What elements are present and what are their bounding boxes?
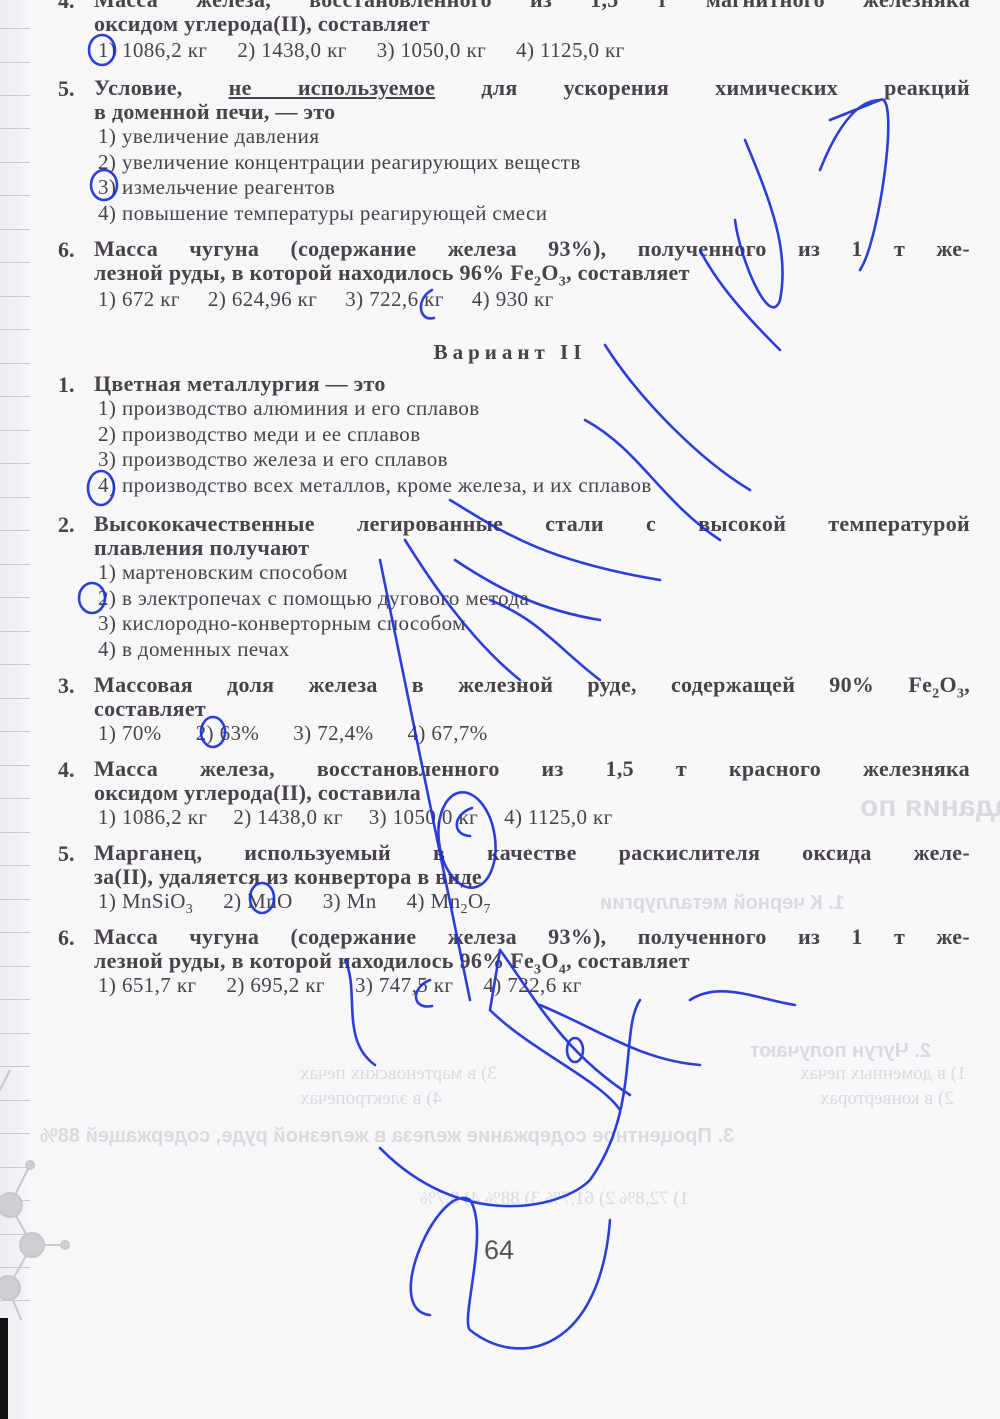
answer-option[interactable]: 2) 1438,0 кг xyxy=(233,805,342,829)
question-4-variant-1: 4. Масса железа, восстановленного из 1,5… xyxy=(58,0,970,64)
question-text: Масса чугуна (содержание железа 93%), по… xyxy=(94,237,970,261)
question-6-variant-1: 6. Масса чугуна (содержание железа 93%),… xyxy=(58,237,970,313)
answer-option[interactable]: 3) 1050,0 кг xyxy=(369,805,478,829)
question-number: 5. xyxy=(58,76,94,102)
question-text: за(II), удаляется из конвертора в виде xyxy=(94,865,970,889)
answer-option[interactable]: 3) 722,6 кг xyxy=(345,287,443,311)
answer-option[interactable]: 3) измельчение реагентов xyxy=(98,175,970,201)
answer-option[interactable]: 4) 722,6 кг xyxy=(483,973,581,997)
question-text: лезной руды, в которой находилось 96% Fe… xyxy=(94,261,970,285)
question-number: 2. xyxy=(58,512,94,538)
answer-option[interactable]: 4) повышение температуры реагирующей сме… xyxy=(98,201,970,227)
question-number: 6. xyxy=(58,925,94,951)
question-number: 5. xyxy=(58,841,94,867)
answer-option[interactable]: 1) 1086,2 кг xyxy=(98,805,207,829)
question-3-variant-2: 3. Массовая доля железа в железной руде,… xyxy=(58,673,970,747)
question-text: оксидом углерода(II), составляет xyxy=(94,12,970,36)
answer-option[interactable]: 2) 63% xyxy=(196,721,260,745)
answer-options: 1) 1086,2 кг2) 1438,0 кг3) 1050,0 кг4) 1… xyxy=(98,38,970,64)
answer-option[interactable]: 1) 1086,2 кг xyxy=(98,38,207,62)
question-text: Цветная металлургия — это xyxy=(94,372,970,396)
answer-options: 1) 651,7 кг2) 695,2 кг3) 747,5 кг4) 722,… xyxy=(98,973,970,999)
answer-options: 1) 1086,2 кг2) 1438,0 кг3) 1050,0 кг4) 1… xyxy=(98,805,970,831)
question-number: 1. xyxy=(58,372,94,398)
answer-option[interactable]: 2) MnO xyxy=(223,889,292,913)
answer-option[interactable]: 1) увеличение давления xyxy=(98,124,970,150)
question-text: составляет xyxy=(94,697,970,721)
page-number: 64 xyxy=(0,1235,1000,1266)
molecule-decoration-icon xyxy=(0,1030,80,1320)
question-number: 6. xyxy=(58,237,94,263)
question-4-variant-2: 4. Масса железа, восстановленного из 1,5… xyxy=(58,757,970,831)
bleed-line: 1) в доменных печах xyxy=(800,1063,967,1085)
answer-option[interactable]: 2) 1438,0 кг xyxy=(237,38,346,62)
answer-option[interactable]: 1) производство алюминия и его сплавов xyxy=(98,396,970,422)
question-text: Высококачественные легированные стали с … xyxy=(94,512,970,536)
question-text: плавления получают xyxy=(94,536,970,560)
answer-option[interactable]: 4) производство всех металлов, кроме жел… xyxy=(98,473,970,499)
answer-option[interactable]: 2) производство меди и ее сплавов xyxy=(98,422,970,448)
answer-option[interactable]: 2) 624,96 кг xyxy=(208,287,317,311)
answer-options: 1) 70%2) 63%3) 72,4%4) 67,7% xyxy=(98,721,970,747)
question-text: Масса чугуна (содержание железа 93%), по… xyxy=(94,925,970,949)
answer-option[interactable]: 3) 72,4% xyxy=(293,721,373,745)
answer-option[interactable]: 2) 695,2 кг xyxy=(226,973,324,997)
question-number: 4. xyxy=(58,0,94,14)
answer-option[interactable]: 3) кислородно-конверторным способом xyxy=(98,611,970,637)
question-number: 3. xyxy=(58,673,94,699)
answer-option[interactable]: 4) в доменных печах xyxy=(98,637,970,663)
variant-heading: Вариант II xyxy=(0,340,1000,365)
underlined-phrase: не используемое xyxy=(229,75,435,100)
question-text: Марганец, используемый в качестве раскис… xyxy=(94,841,970,865)
question-5-variant-2: 5. Марганец, используемый в качестве рас… xyxy=(58,841,970,915)
bleed-line: 2. Чугун получают xyxy=(750,1040,931,1063)
question-text: оксидом углерода(II), составила xyxy=(94,781,970,805)
question-2-variant-2: 2. Высококачественные легированные стали… xyxy=(58,512,970,662)
answer-option[interactable]: 4) 930 кг xyxy=(472,287,554,311)
answer-option[interactable]: 3) 747,5 кг xyxy=(355,973,453,997)
binder-edge xyxy=(0,1318,8,1419)
answer-option[interactable]: 1) 672 кг xyxy=(98,287,180,311)
answer-options: 1) MnSiO32) MnO3) Mn4) Mn2O7 xyxy=(98,889,970,915)
answer-option[interactable]: 4) 1125,0 кг xyxy=(504,805,613,829)
answer-option[interactable]: 3) 1050,0 кг xyxy=(377,38,486,62)
answer-option[interactable]: 4) 67,7% xyxy=(407,721,487,745)
answer-option[interactable]: 1) мартеновским способом xyxy=(98,560,970,586)
question-text: Условие, не используемое для ускорения х… xyxy=(94,76,970,100)
question-1-variant-2: 1. Цветная металлургия — это 1) производ… xyxy=(58,372,970,498)
question-text: Массовая доля железа в железной руде, со… xyxy=(94,673,970,697)
answer-option[interactable]: 2) увеличение концентрации реагирующих в… xyxy=(98,150,970,176)
answer-option[interactable]: 1) 70% xyxy=(98,721,162,745)
bleed-line: 2) в конверторах xyxy=(820,1088,954,1110)
answer-option[interactable]: 4) 1125,0 кг xyxy=(516,38,625,62)
answer-option[interactable]: 3) Mn xyxy=(323,889,377,913)
answer-options: 1) 672 кг2) 624,96 кг3) 722,6 кг4) 930 к… xyxy=(98,287,970,313)
question-6-variant-2: 6. Масса чугуна (содержание железа 93%),… xyxy=(58,925,970,999)
answer-option[interactable]: 1) MnSiO3 xyxy=(98,889,193,913)
bleed-line: 4) в электропечах xyxy=(300,1088,442,1110)
question-text: лезной руды, в которой находилось 96% Fe… xyxy=(94,949,970,973)
question-text: в доменной печи, — это xyxy=(94,100,970,124)
question-number: 4. xyxy=(58,757,94,783)
answer-option[interactable]: 4) Mn2O7 xyxy=(407,889,491,913)
bleed-line: 1) 72,8% 2) 61,7% 3) 88% 4) 8,7% xyxy=(420,1188,689,1210)
answer-option[interactable]: 2) в электропечах с помощью дугового мет… xyxy=(98,586,970,612)
question-5-variant-1: 5. Условие, не используемое для ускорени… xyxy=(58,76,970,226)
answer-option[interactable]: 1) 651,7 кг xyxy=(98,973,196,997)
answer-option[interactable]: 3) производство железа и его сплавов xyxy=(98,447,970,473)
question-text: Масса железа, восстановленного из 1,5 т … xyxy=(94,757,970,781)
bleed-line: 3) в мартеновских печах xyxy=(300,1063,497,1085)
bleed-line: 3. Процентное содержание железа в железн… xyxy=(40,1125,734,1148)
